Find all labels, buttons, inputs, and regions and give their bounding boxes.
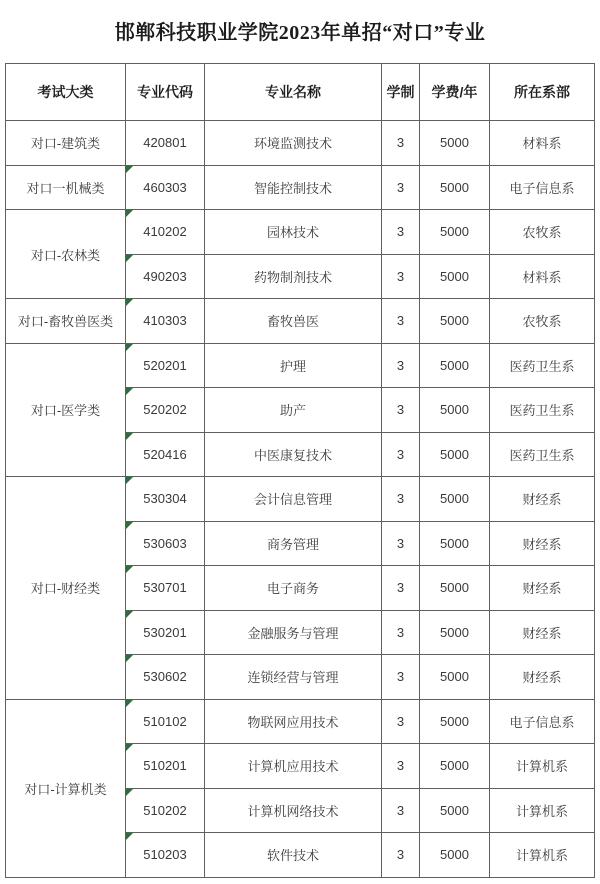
major-code-cell: 520202 [126, 388, 205, 433]
major-code-cell: 520201 [126, 343, 205, 388]
major-name-cell: 计算机应用技术 [205, 744, 382, 789]
duration-cell: 3 [382, 254, 420, 299]
major-code-cell: 530701 [126, 566, 205, 611]
green-triangle-icon [126, 522, 133, 529]
green-triangle-icon [126, 344, 133, 351]
department-cell: 财经系 [490, 477, 595, 522]
exam-category-cell: 对口-财经类 [6, 477, 126, 700]
major-name-cell: 金融服务与管理 [205, 610, 382, 655]
department-cell: 材料系 [490, 121, 595, 166]
tuition-cell: 5000 [420, 477, 490, 522]
header-row: 考试大类专业代码专业名称学制学费/年所在系部 [6, 64, 595, 121]
major-name-cell: 园林技术 [205, 210, 382, 255]
tuition-cell: 5000 [420, 388, 490, 433]
column-header-3: 专业名称 [205, 64, 382, 121]
major-name-cell: 护理 [205, 343, 382, 388]
duration-cell: 3 [382, 521, 420, 566]
tuition-cell: 5000 [420, 299, 490, 344]
major-name-cell: 计算机网络技术 [205, 788, 382, 833]
green-triangle-icon [126, 566, 133, 573]
duration-cell: 3 [382, 744, 420, 789]
tuition-cell: 5000 [420, 655, 490, 700]
tuition-cell: 5000 [420, 254, 490, 299]
duration-cell: 3 [382, 655, 420, 700]
green-triangle-icon [126, 210, 133, 217]
major-code-cell: 460303 [126, 165, 205, 210]
department-cell: 电子信息系 [490, 699, 595, 744]
tuition-cell: 5000 [420, 833, 490, 878]
green-triangle-icon [126, 700, 133, 707]
duration-cell: 3 [382, 165, 420, 210]
column-header-6: 所在系部 [490, 64, 595, 121]
table-row: 对口-财经类530304会计信息管理35000财经系 [6, 477, 595, 522]
major-name-cell: 畜牧兽医 [205, 299, 382, 344]
green-triangle-icon [126, 299, 133, 306]
department-cell: 计算机系 [490, 833, 595, 878]
tuition-cell: 5000 [420, 165, 490, 210]
major-name-cell: 会计信息管理 [205, 477, 382, 522]
exam-category-cell: 对口-农林类 [6, 210, 126, 299]
tuition-cell: 5000 [420, 432, 490, 477]
green-triangle-icon [126, 655, 133, 662]
department-cell: 计算机系 [490, 788, 595, 833]
green-triangle-icon [126, 388, 133, 395]
department-cell: 财经系 [490, 521, 595, 566]
green-triangle-icon [126, 744, 133, 751]
major-name-cell: 智能控制技术 [205, 165, 382, 210]
duration-cell: 3 [382, 699, 420, 744]
table-row: 对口-畜牧兽医类410303畜牧兽医35000农牧系 [6, 299, 595, 344]
green-triangle-icon [126, 255, 133, 262]
duration-cell: 3 [382, 477, 420, 522]
exam-category-cell: 对口一机械类 [6, 165, 126, 210]
exam-category-cell: 对口-畜牧兽医类 [6, 299, 126, 344]
major-code-cell: 530603 [126, 521, 205, 566]
green-triangle-icon [126, 833, 133, 840]
tuition-cell: 5000 [420, 121, 490, 166]
major-name-cell: 软件技术 [205, 833, 382, 878]
table-row: 对口-计算机类510102物联网应用技术35000电子信息系 [6, 699, 595, 744]
major-code-cell: 510203 [126, 833, 205, 878]
green-triangle-icon [126, 477, 133, 484]
major-name-cell: 助产 [205, 388, 382, 433]
table-row: 对口-农林类410202园林技术35000农牧系 [6, 210, 595, 255]
green-triangle-icon [126, 166, 133, 173]
column-header-1: 考试大类 [6, 64, 126, 121]
major-code-cell: 510102 [126, 699, 205, 744]
tuition-cell: 5000 [420, 610, 490, 655]
major-code-cell: 530304 [126, 477, 205, 522]
major-name-cell: 电子商务 [205, 566, 382, 611]
column-header-5: 学费/年 [420, 64, 490, 121]
major-code-cell: 490203 [126, 254, 205, 299]
duration-cell: 3 [382, 833, 420, 878]
tuition-cell: 5000 [420, 788, 490, 833]
major-name-cell: 连锁经营与管理 [205, 655, 382, 700]
department-cell: 计算机系 [490, 744, 595, 789]
tuition-cell: 5000 [420, 210, 490, 255]
major-code-cell: 510201 [126, 744, 205, 789]
department-cell: 财经系 [490, 610, 595, 655]
duration-cell: 3 [382, 788, 420, 833]
duration-cell: 3 [382, 121, 420, 166]
department-cell: 医药卫生系 [490, 343, 595, 388]
tuition-cell: 5000 [420, 699, 490, 744]
tuition-cell: 5000 [420, 744, 490, 789]
exam-category-cell: 对口-医学类 [6, 343, 126, 477]
duration-cell: 3 [382, 210, 420, 255]
green-triangle-icon [126, 789, 133, 796]
major-name-cell: 药物制剂技术 [205, 254, 382, 299]
department-cell: 财经系 [490, 566, 595, 611]
document-page: 邯郸科技职业学院2023年单招“对口”专业 考试大类专业代码专业名称学制学费/年… [0, 0, 600, 884]
major-code-cell: 530602 [126, 655, 205, 700]
department-cell: 农牧系 [490, 210, 595, 255]
department-cell: 财经系 [490, 655, 595, 700]
exam-category-cell: 对口-建筑类 [6, 121, 126, 166]
exam-category-cell: 对口-计算机类 [6, 699, 126, 877]
major-name-cell: 环境监测技术 [205, 121, 382, 166]
duration-cell: 3 [382, 432, 420, 477]
table-row: 对口一机械类460303智能控制技术35000电子信息系 [6, 165, 595, 210]
table-row: 对口-医学类520201护理35000医药卫生系 [6, 343, 595, 388]
column-header-4: 学制 [382, 64, 420, 121]
major-code-cell: 530201 [126, 610, 205, 655]
duration-cell: 3 [382, 343, 420, 388]
department-cell: 农牧系 [490, 299, 595, 344]
tuition-cell: 5000 [420, 343, 490, 388]
green-triangle-icon [126, 611, 133, 618]
page-title: 邯郸科技职业学院2023年单招“对口”专业 [0, 0, 600, 45]
duration-cell: 3 [382, 299, 420, 344]
tuition-cell: 5000 [420, 566, 490, 611]
major-code-cell: 410202 [126, 210, 205, 255]
major-name-cell: 物联网应用技术 [205, 699, 382, 744]
duration-cell: 3 [382, 388, 420, 433]
column-header-2: 专业代码 [126, 64, 205, 121]
duration-cell: 3 [382, 610, 420, 655]
major-code-cell: 510202 [126, 788, 205, 833]
major-name-cell: 中医康复技术 [205, 432, 382, 477]
department-cell: 医药卫生系 [490, 388, 595, 433]
department-cell: 医药卫生系 [490, 432, 595, 477]
major-code-cell: 520416 [126, 432, 205, 477]
green-triangle-icon [126, 433, 133, 440]
table-body: 对口-建筑类420801环境监测技术35000材料系对口一机械类460303智能… [6, 121, 595, 878]
table-row: 对口-建筑类420801环境监测技术35000材料系 [6, 121, 595, 166]
department-cell: 材料系 [490, 254, 595, 299]
major-code-cell: 410303 [126, 299, 205, 344]
department-cell: 电子信息系 [490, 165, 595, 210]
tuition-cell: 5000 [420, 521, 490, 566]
major-code-cell: 420801 [126, 121, 205, 166]
duration-cell: 3 [382, 566, 420, 611]
major-name-cell: 商务管理 [205, 521, 382, 566]
majors-table: 考试大类专业代码专业名称学制学费/年所在系部 对口-建筑类420801环境监测技… [5, 63, 595, 878]
